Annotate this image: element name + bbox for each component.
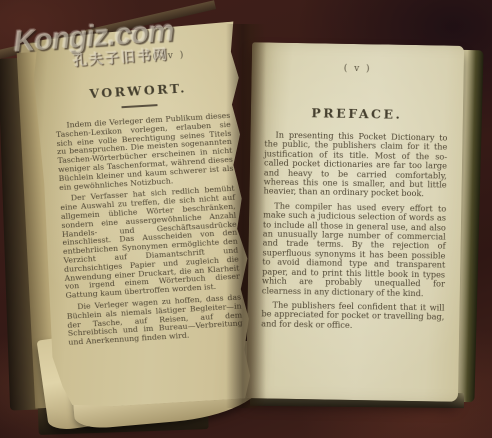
title-divider (121, 104, 157, 108)
preface-paragraph: The compiler has used every effort to ma… (262, 201, 447, 298)
left-page: ( iv ) VORWORT. Indem die Verleger dem P… (29, 21, 262, 410)
right-page-text: In presenting this Pocket Dictionary to … (247, 130, 462, 332)
left-page-title: VORWORT. (32, 77, 244, 104)
preface-paragraph: The publishers feel confident that it wi… (261, 300, 444, 331)
left-page-number: ( iv ) (152, 50, 185, 62)
right-page: ( v ) PREFACE. In presenting this Pocket… (246, 42, 464, 402)
left-page-text: Indem die Verleger dem Publikum dieses T… (34, 111, 258, 349)
vorwort-paragraph: Die Verleger wagen zu hoffen, dass das B… (66, 293, 243, 347)
vorwort-paragraph: Indem die Verleger dem Publikum dieses T… (55, 112, 234, 193)
book-photo: ( v ) PREFACE. In presenting this Pocket… (0, 0, 492, 438)
right-page-number: ( v ) (252, 62, 464, 76)
preface-paragraph: In presenting this Pocket Dictionary to … (263, 130, 447, 199)
right-page-title: PREFACE. (251, 104, 463, 123)
vorwort-paragraph: Der Verfasser hat sich redlich bemüht ei… (60, 185, 241, 301)
